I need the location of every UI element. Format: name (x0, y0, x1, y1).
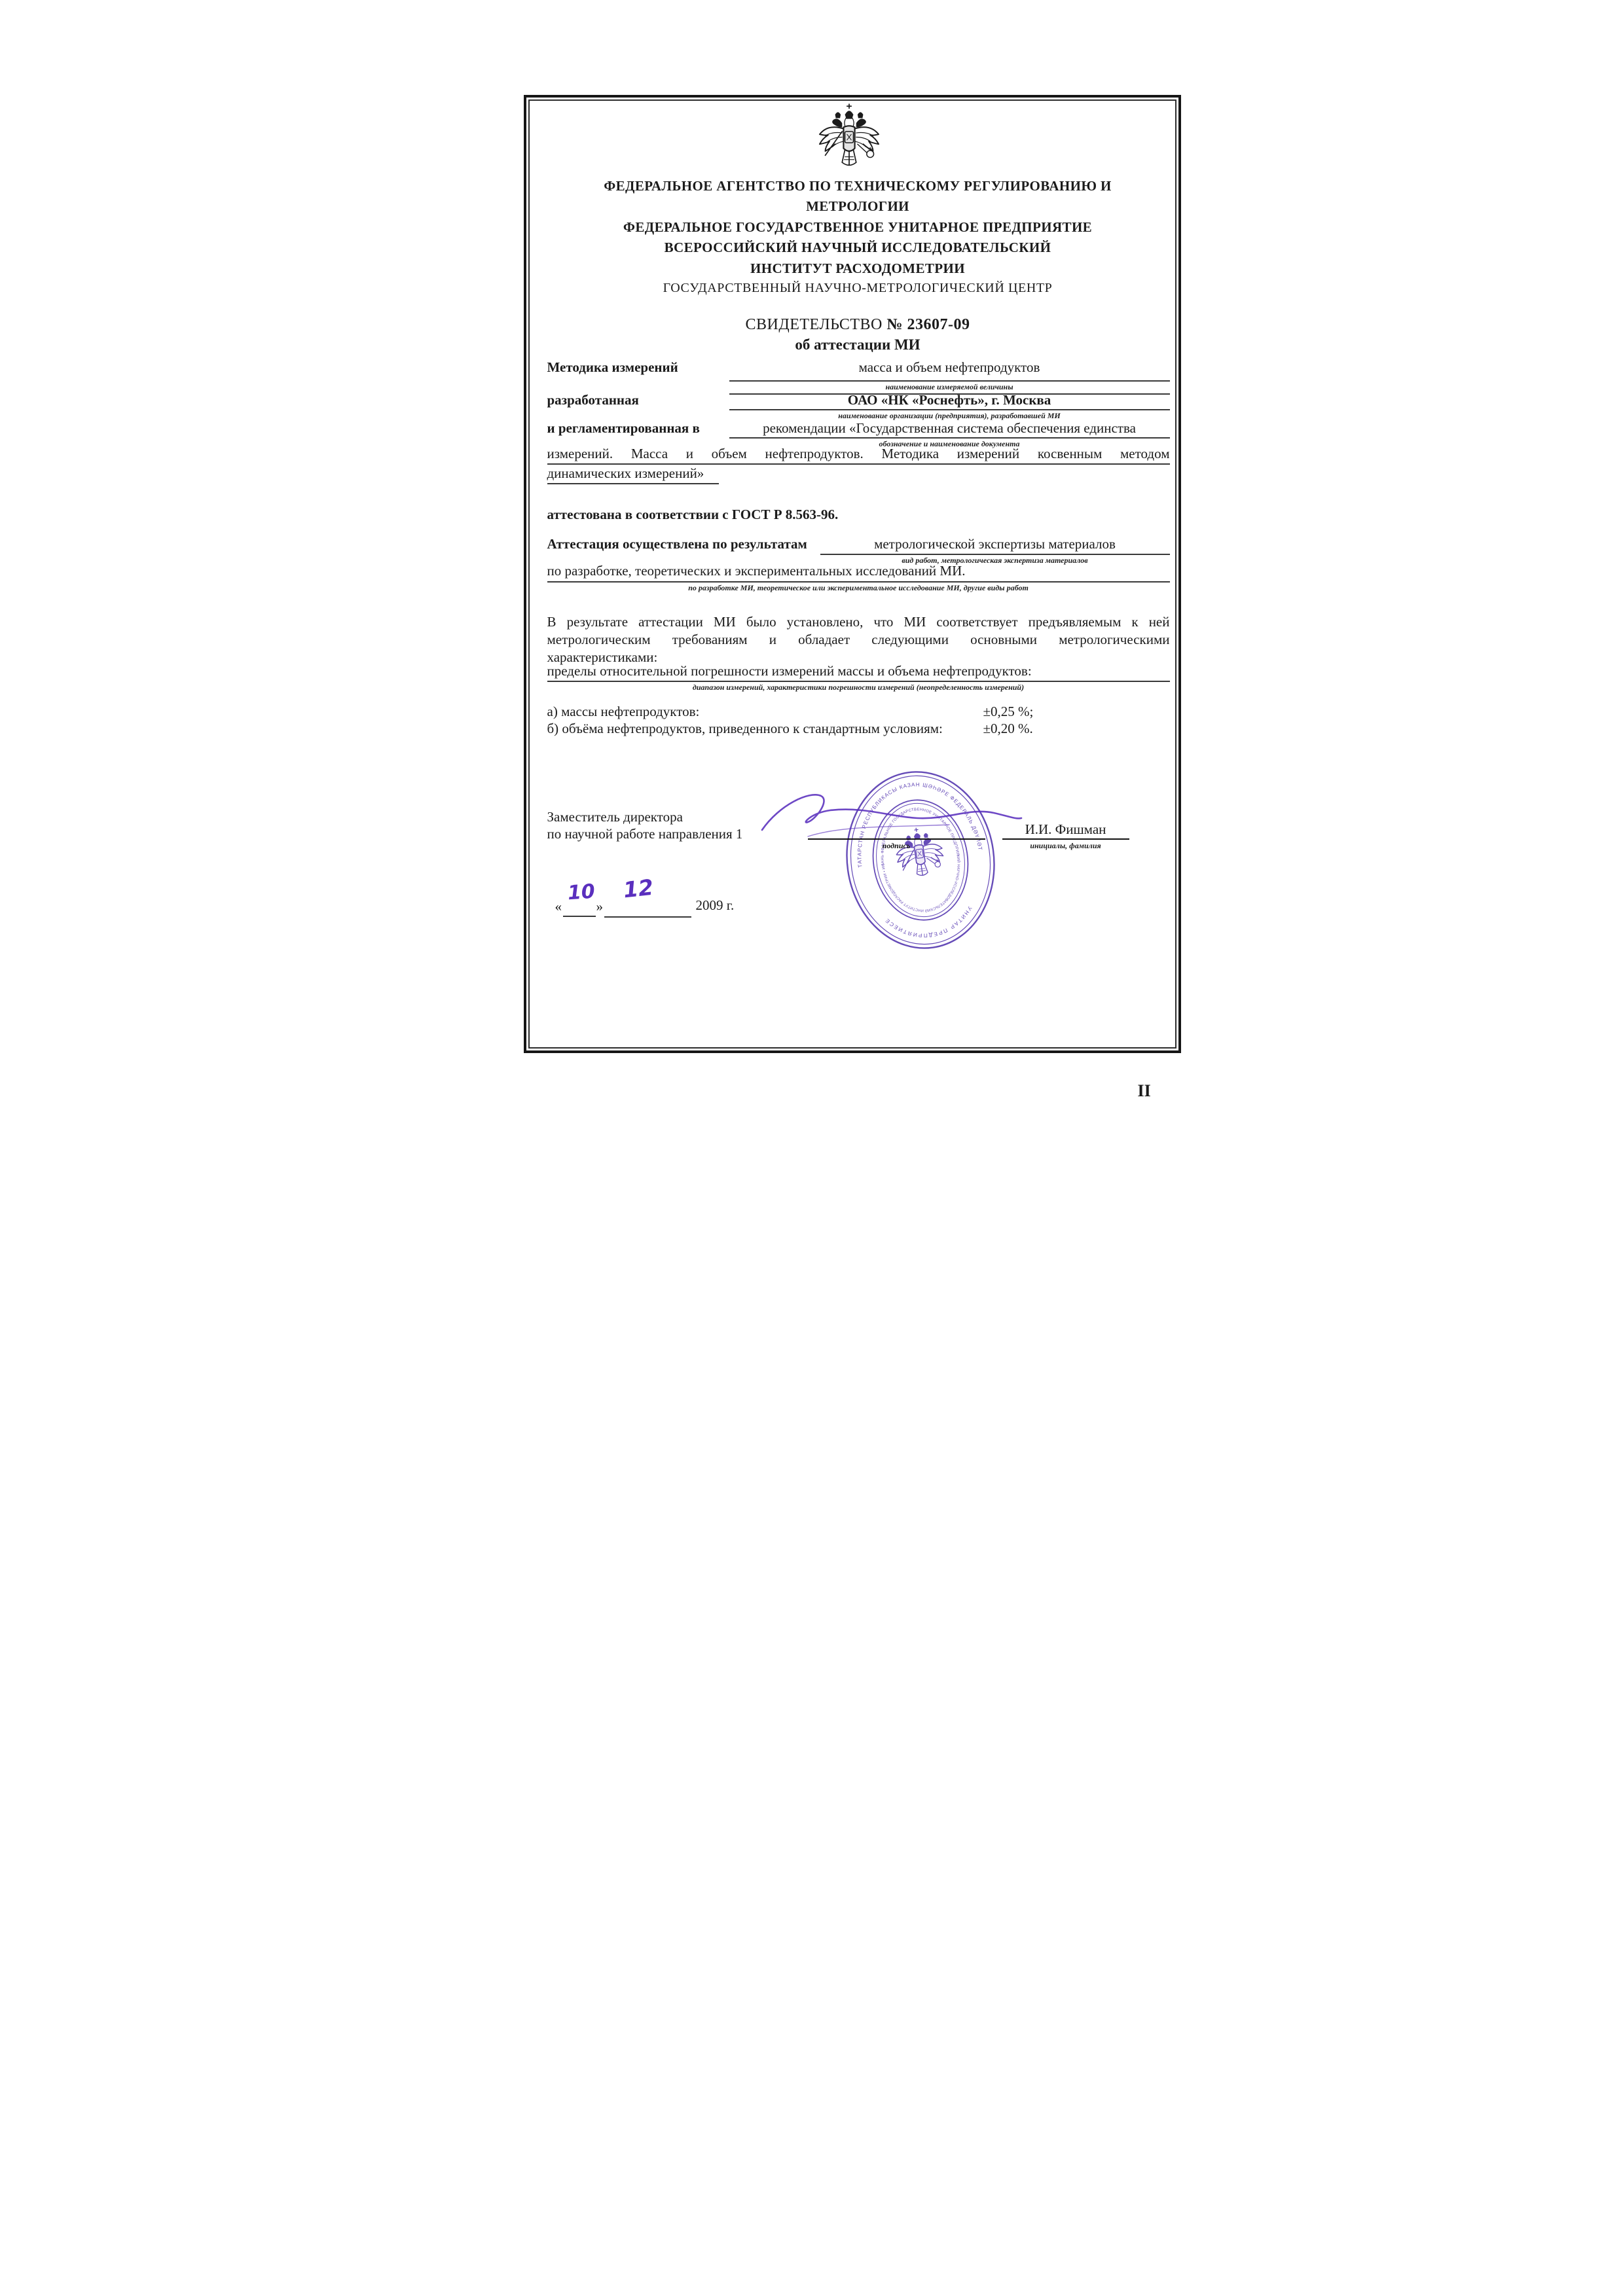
regulated-continuation-underline2 (547, 483, 719, 484)
performed-value-underline (820, 554, 1170, 555)
method-value-underline (729, 380, 1170, 382)
developed-caption: наименование организации (предприятия), … (729, 411, 1170, 421)
enterprise-name-line1: ФЕДЕРАЛЬНОЕ ГОСУДАРСТВЕННОЕ УНИТАРНОЕ ПР… (547, 219, 1169, 236)
date-day-underline (563, 916, 596, 917)
signer-position-line2: по научной работе направления 1 (547, 827, 743, 842)
date-year: 2009 г. (696, 898, 735, 913)
regulated-continuation-underline1 (547, 463, 1170, 465)
certificate-title: СВИДЕТЕЛЬСТВО № 23607-09 (547, 316, 1169, 334)
regulated-continuation-line2: динамических измерений» (547, 466, 704, 481)
date-close-quote: » (596, 899, 604, 914)
results-paragraph-line2: метрологическим требованиям и обладает с… (547, 631, 1170, 649)
developed-value: ОАО «НК «Роснефть», г. Москва (729, 393, 1170, 408)
regulated-value-underline (729, 437, 1170, 439)
center-name-line: ГОСУДАРСТВЕННЫЙ НАУЧНО-МЕТРОЛОГИЧЕСКИЙ Ц… (547, 281, 1169, 296)
item-a-label: а) массы нефтепродуктов: (547, 704, 700, 719)
signature-line (808, 838, 985, 840)
enterprise-name-line3: ИНСТИТУТ РАСХОДОМЕТРИИ (547, 260, 1169, 277)
method-value: масса и объем нефтепродуктов (729, 360, 1170, 375)
regulated-label: и регламентированная в (547, 421, 700, 436)
performed-value: метрологической экспертизы материалов (820, 537, 1170, 552)
agency-name-line2: МЕТРОЛОГИИ (547, 198, 1169, 215)
regulated-continuation-line1: измерений. Масса и объем нефтепродуктов.… (547, 446, 1170, 461)
performed-label: Аттестация осуществлена по результатам (547, 537, 807, 552)
enterprise-name-line2: ВСЕРОССИЙСКИЙ НАУЧНЫЙ ИССЛЕДОВАТЕЛЬСКИЙ (547, 240, 1169, 256)
date-month-handwritten: 12 (622, 874, 655, 903)
method-caption: наименование измеряемой величины (729, 382, 1170, 392)
coat-of-arms-eagle-icon (812, 103, 886, 181)
method-label: Методика измерений (547, 360, 678, 375)
limits-caption: диапазон измерений, характеристики погре… (547, 683, 1170, 692)
results-paragraph-line1: В результате аттестации МИ было установл… (547, 613, 1170, 631)
certificate-page: ФЕДЕРАЛЬНОЕ АГЕНТСТВО ПО ТЕХНИЧЕСКОМУ РЕ… (406, 0, 1218, 1148)
performed-continuation-underline (547, 581, 1170, 583)
date-open-quote: « (555, 899, 562, 914)
gost-compliance-line: аттестована в соответствии с ГОСТ Р 8.56… (547, 507, 839, 522)
signer-name-line (1002, 838, 1129, 840)
performed-continuation: по разработке, теоретических и экспериме… (547, 564, 966, 579)
regulated-value: рекомендации «Государственная система об… (729, 421, 1170, 436)
certificate-title-word: СВИДЕТЕЛЬСТВО (746, 316, 883, 333)
item-b-value: ±0,20 %. (983, 721, 1033, 736)
developed-label: разработанная (547, 393, 639, 408)
developed-value-underline (729, 409, 1170, 410)
signature-caption: подпись (808, 841, 985, 851)
signer-name: И.И. Фишман (1002, 822, 1129, 837)
certificate-number: № 23607-09 (886, 316, 970, 333)
certificate-subtitle: об аттестации МИ (547, 336, 1169, 353)
limits-underline (547, 681, 1170, 682)
signer-position-line1: Заместитель директора (547, 810, 683, 825)
agency-name-line1: ФЕДЕРАЛЬНОЕ АГЕНТСТВО ПО ТЕХНИЧЕСКОМУ РЕ… (547, 178, 1169, 194)
performed-continuation-caption: по разработке МИ, теоретическое или эксп… (547, 583, 1170, 593)
limits-line: пределы относительной погрешности измере… (547, 664, 1032, 679)
item-a-value: ±0,25 %; (983, 704, 1034, 719)
date-day-handwritten: 10 (566, 880, 595, 905)
page-number: II (1138, 1081, 1151, 1101)
date-month-underline (604, 916, 691, 918)
signer-name-caption: инициалы, фамилия (1002, 841, 1129, 851)
item-b-label: б) объёма нефтепродуктов, приведенного к… (547, 721, 943, 736)
